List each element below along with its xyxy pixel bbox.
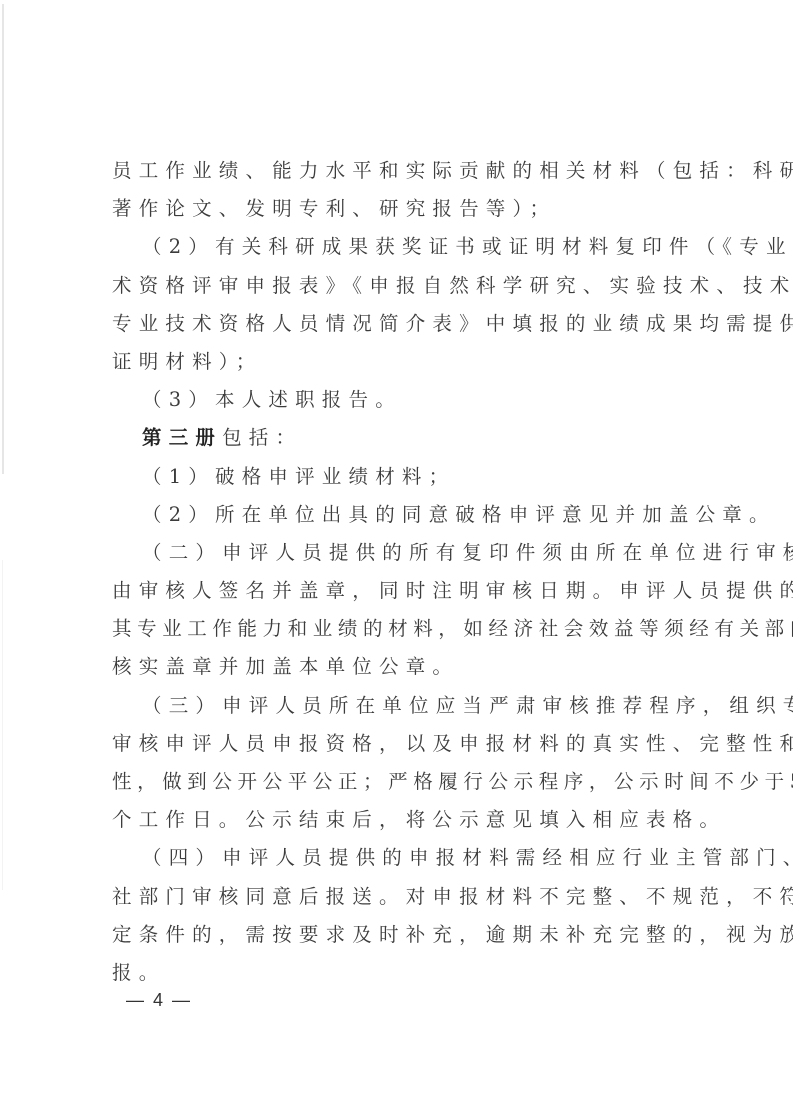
text-line-19: （四）申评人员提供的申报材料需经相应行业主管部门、人	[112, 839, 686, 877]
text-line-16: 审核申评人员申报资格，以及申报材料的真实性、完整性和时效	[112, 725, 686, 763]
text-line-14: 核实盖章并加盖本单位公章。	[112, 648, 686, 686]
document-body: 员工作业绩、能力水平和实际贡献的相关材料（包括：科研项目、 著作论文、发明专利、…	[112, 152, 686, 992]
text-line-13: 其专业工作能力和业绩的材料，如经济社会效益等须经有关部门	[112, 610, 686, 648]
text-line-8: 第三册包括：	[112, 419, 686, 457]
text-line-2: 著作论文、发明专利、研究报告等）；	[112, 190, 686, 228]
text-line-17: 性，做到公开公平公正；严格履行公示程序，公示时间不少于5	[112, 763, 686, 801]
scan-edge-artifact-lower	[2, 560, 3, 890]
text-line-10: （2）所在单位出具的同意破格申评意见并加盖公章。	[112, 496, 686, 534]
text-line-12: 由审核人签名并盖章，同时注明审核日期。申评人员提供的反映	[112, 572, 686, 610]
page-number: — 4 —	[126, 990, 192, 1011]
text-line-21: 定条件的，需按要求及时补充，逾期未补充完整的，视为放弃申	[112, 916, 686, 954]
text-line-3: （2）有关科研成果获奖证书或证明材料复印件（《专业技	[112, 228, 686, 266]
volume-three-heading: 第三册	[142, 426, 222, 449]
volume-three-heading-suffix: 包括：	[222, 426, 302, 449]
text-line-9: （1）破格申评业绩材料；	[112, 458, 686, 496]
text-line-15: （三）申评人员所在单位应当严肃审核推荐程序，组织专人	[112, 687, 686, 725]
text-line-1: 员工作业绩、能力水平和实际贡献的相关材料（包括：科研项目、	[112, 152, 686, 190]
text-line-18: 个工作日。公示结束后，将公示意见填入相应表格。	[112, 801, 686, 839]
text-line-6: 证明材料）；	[112, 343, 686, 381]
text-line-7: （3）本人述职报告。	[112, 381, 686, 419]
scan-edge-artifact	[2, 4, 4, 474]
text-line-22: 报。	[112, 954, 686, 992]
text-line-4: 术资格评审申报表》《申报自然科学研究、实验技术、技术转移	[112, 267, 686, 305]
text-line-5: 专业技术资格人员情况简介表》中填报的业绩成果均需提供相关	[112, 305, 686, 343]
text-line-11: （二）申评人员提供的所有复印件须由所在单位进行审核，	[112, 534, 686, 572]
text-line-20: 社部门审核同意后报送。对申报材料不完整、不规范，不符合规	[112, 878, 686, 916]
